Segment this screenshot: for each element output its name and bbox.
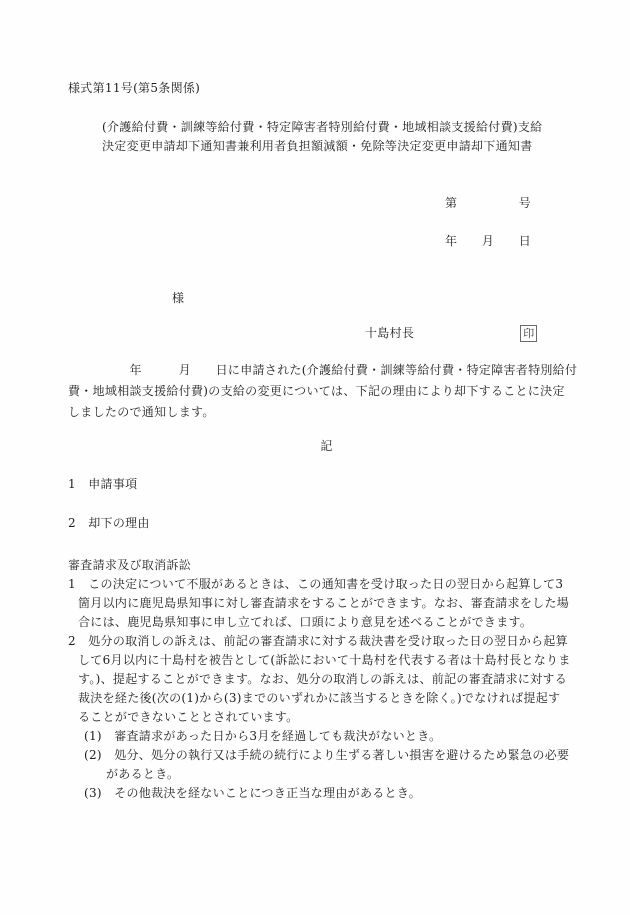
appeal-item-2: 2 処分の取消しの訴えは、前記の審査請求に対する裁決書を受け取った日の翌日から起… (68, 632, 585, 727)
document-title-line2: 決定変更申請却下通知書兼利用者負担額減額・免除等決定変更申請却下通知書 (102, 137, 585, 156)
document-page: 様式第11号(第5条関係) (介護給付費・訓練等給付費・特定障害者特別給付費・地… (0, 0, 630, 915)
item-rejection-reason: 2 却下の理由 (68, 514, 585, 533)
sender-line: 十島村長 印 (365, 324, 585, 343)
appeal-subitem-2: (2) 処分、処分の執行又は手続の続行により生ずる著しい損害を避けるため緊急の必… (84, 746, 585, 784)
document-number-line: 第 号 (445, 194, 585, 213)
seal-box: 印 (520, 325, 537, 342)
appeal-item-1: 1 この決定について不服があるときは、この通知書を受け取った日の翌日から起算して… (68, 575, 585, 632)
form-number: 様式第11号(第5条関係) (68, 79, 585, 98)
item-application-matters: 1 申請事項 (68, 475, 585, 494)
document-title-line1: (介護給付費・訓練等給付費・特定障害者特別給付費・地域相談支援給付費)支給 (102, 118, 585, 137)
appeal-subitem-1: (1) 審査請求があった日から3月を経過しても裁決がないとき。 (84, 727, 585, 746)
appeal-subitem-3: (3) その他裁決を経ないことにつき正当な理由があるとき。 (84, 784, 585, 803)
appeal-section-heading: 審査請求及び取消訴訟 (68, 556, 585, 575)
document-number-date-block: 第 号 年 月 日 (445, 175, 585, 270)
sender-name: 十島村長 (365, 324, 414, 343)
addressee-line: 様 (172, 289, 585, 308)
ki-heading: 記 (68, 437, 585, 456)
document-title: (介護給付費・訓練等給付費・特定障害者特別給付費・地域相談支援給付費)支給 決定… (102, 118, 585, 156)
body-paragraph: 年 月 日に申請された(介護給付費・訓練等給付費・特定障害者特別給付 費・地域相… (68, 360, 585, 423)
document-date-line: 年 月 日 (445, 232, 585, 251)
